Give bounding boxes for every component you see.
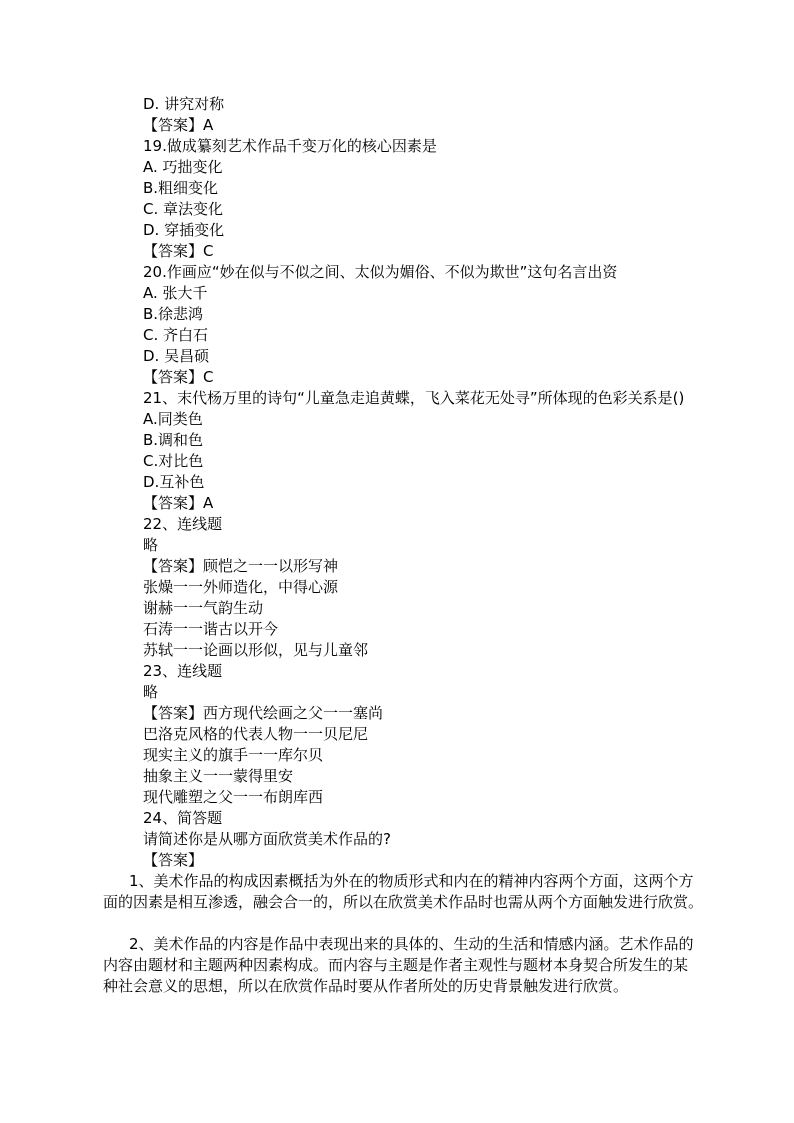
document-line: 张燥一一外师造化，中得心源 [103,577,703,598]
document-line: A. 张大千 [103,283,703,304]
document-line: 略 [103,535,703,556]
document-line: 19.做成纂刻艺术作品千变万化的核心因素是 [103,136,703,157]
document-line: 【答案】 [103,850,703,871]
document-line: 23、连线题 [103,661,703,682]
document-line: D. 吴昌硕 [103,346,703,367]
document-line: D. 穿插变化 [103,220,703,241]
document-line: 巴洛克风格的代表人物一一贝尼尼 [103,724,703,745]
document-line: 1、美术作品的构成因素概括为外在的物质形式和内在的精神内容两个方面，这两个方 [103,871,703,892]
document-line: 【答案】C [103,367,703,388]
document-line: 【答案】C [103,241,703,262]
document-line: 种社会意义的思想，所以在欣赏作品时要从作者所处的历史背景触发进行欣赏。 [103,976,703,997]
document-line: 石涛一一谐古以开今 [103,619,703,640]
document-line: 【答案】顾恺之一一以形写神 [103,556,703,577]
document-line: 请简述你是从哪方面欣赏美术作品的? [103,829,703,850]
document-line: 22、连线题 [103,514,703,535]
document-line: 苏轼一一论画以形似，见与儿童邻 [103,640,703,661]
document-line: D.互补色 [103,472,703,493]
document-line: 【答案】A [103,493,703,514]
document-line: 24、简答题 [103,808,703,829]
document-line: D. 讲究对称 [103,94,703,115]
document-line: 21、末代杨万里的诗句“儿童急走追黄蝶，飞入菜花无处寻”所体现的色彩关系是() [103,388,703,409]
document-line: C. 章法变化 [103,199,703,220]
document-line: C.对比色 [103,451,703,472]
document-line: 面的因素是相互渗透，融会合一的，所以在欣赏美术作品时也需从两个方面触发进行欣赏。 [103,892,703,913]
document-line: B.徐悲鸿 [103,304,703,325]
document-line: 【答案】西方现代绘画之父一一塞尚 [103,703,703,724]
document-line: 内容由题材和主题两种因素构成。而内容与主题是作者主观性与题材本身契合所发生的某 [103,955,703,976]
document-line: B.调和色 [103,430,703,451]
document-line: 谢赫一一气韵生动 [103,598,703,619]
blank-line [103,913,703,934]
document-line: 20.作画应“妙在似与不似之间、太似为媚俗、不似为欺世”这句名言出资 [103,262,703,283]
document-line: B.粗细变化 [103,178,703,199]
document-line: A. 巧拙变化 [103,157,703,178]
document-body: D. 讲究对称【答案】A19.做成纂刻艺术作品千变万化的核心因素是A. 巧拙变化… [103,94,703,997]
document-line: C. 齐白石 [103,325,703,346]
document-line: A.同类色 [103,409,703,430]
document-line: 2、美术作品的内容是作品中表现出来的具体的、生动的生活和情感内涵。艺术作品的 [103,934,703,955]
document-line: 【答案】A [103,115,703,136]
document-line: 抽象主义一一蒙得里安 [103,766,703,787]
document-line: 略 [103,682,703,703]
document-line: 现代雕塑之父一一布朗库西 [103,787,703,808]
document-line: 现实主义的旗手一一库尔贝 [103,745,703,766]
document-page: D. 讲究对称【答案】A19.做成纂刻艺术作品千变万化的核心因素是A. 巧拙变化… [0,0,794,1123]
